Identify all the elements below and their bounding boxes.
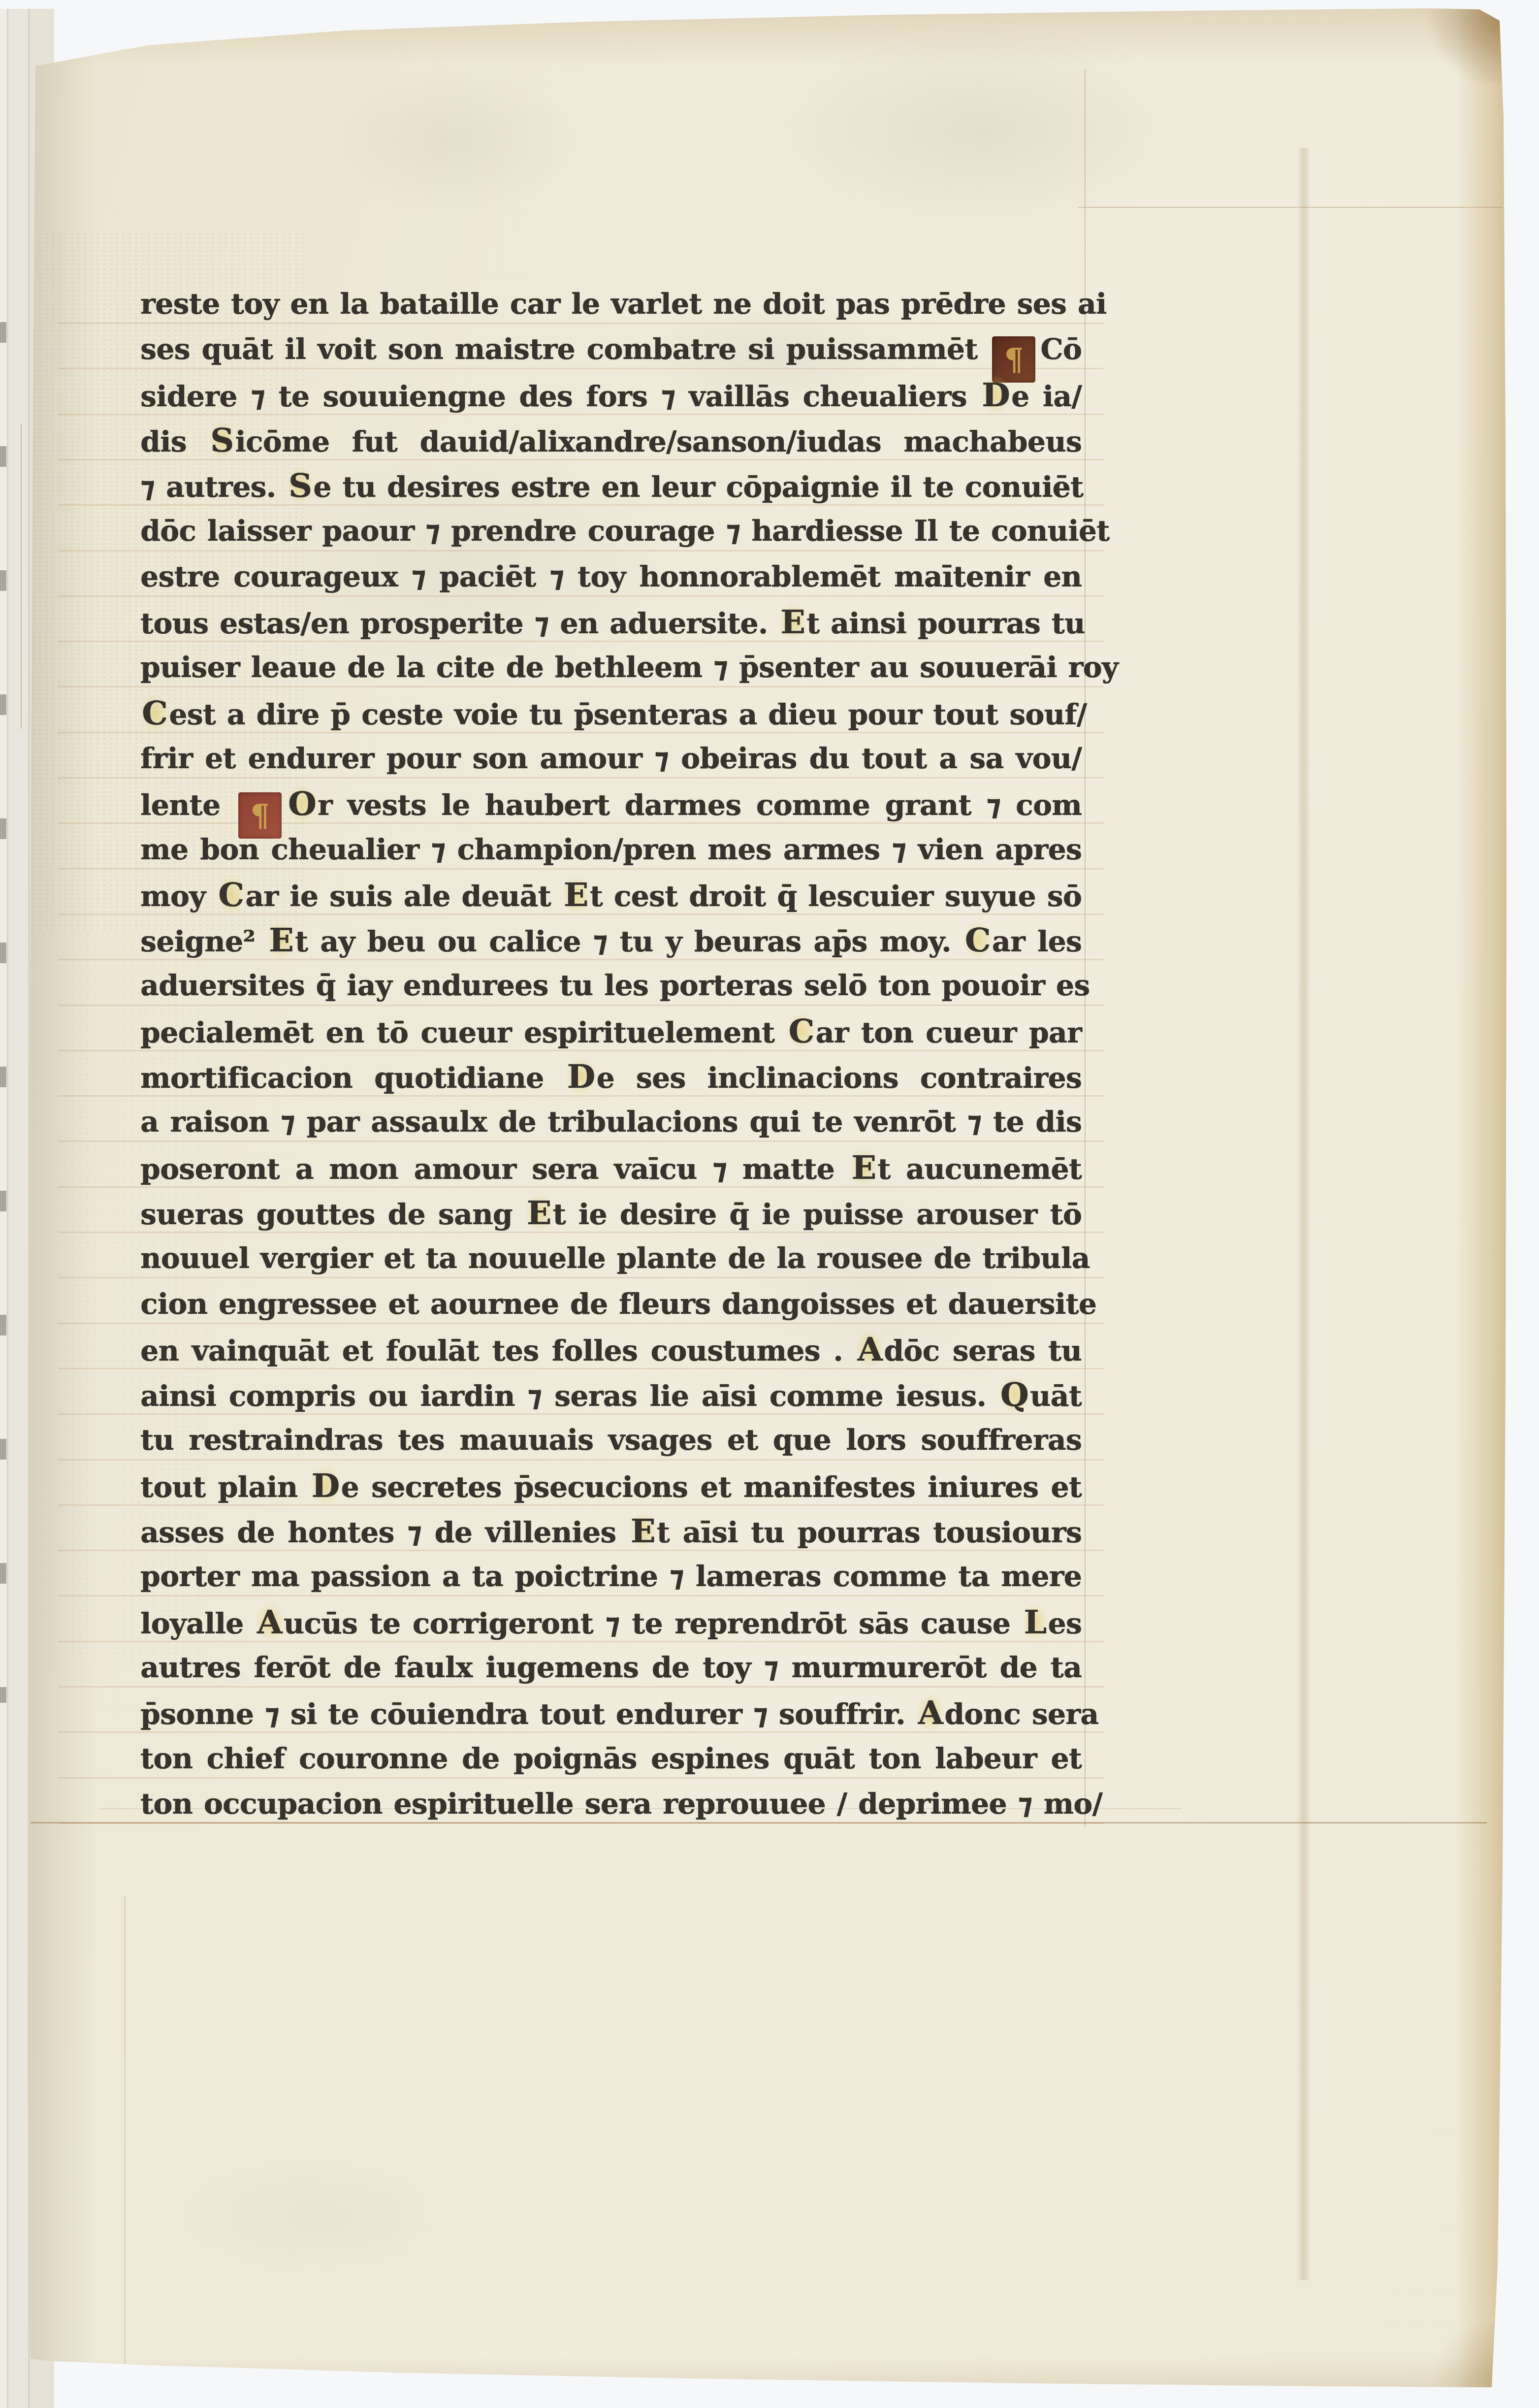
top-frame-rule xyxy=(1078,207,1503,208)
text-line: loyalle Aucūs te corrigeront ⁊ te repren… xyxy=(140,1599,1082,1645)
yellow-washed-capital: E xyxy=(629,1512,657,1550)
text-line: dōc laisser paour ⁊ prendre courage ⁊ ha… xyxy=(140,508,1082,553)
yellow-washed-capital: O xyxy=(287,784,318,823)
stain xyxy=(320,64,576,217)
yellow-washed-capital: A xyxy=(916,1693,944,1732)
book-page: reste toy en la bataille car le varlet n… xyxy=(0,0,1539,2408)
vertical-crease xyxy=(124,1896,126,2364)
text-line: a raison ⁊ par assaulx de tribulacions q… xyxy=(140,1099,1082,1144)
text-line: ses quāt il voit son maistre combatre si… xyxy=(140,326,1082,372)
yellow-washed-capital: D xyxy=(310,1466,341,1505)
stain xyxy=(148,2137,502,2295)
yellow-washed-capital: C xyxy=(963,921,992,959)
text-line: sueras gouttes de sang Et ie desire q̄ i… xyxy=(140,1190,1082,1236)
text-line: sidere ⁊ te souuiengne des fors ⁊ vaillā… xyxy=(140,372,1082,418)
text-line: moy Car ie suis ale deuāt Et cest droit … xyxy=(140,872,1082,917)
text-line: lente ¶Or vests le haubert darmes comme … xyxy=(140,781,1082,826)
yellow-washed-capital: L xyxy=(1022,1603,1048,1641)
yellow-washed-capital: S xyxy=(287,466,313,505)
yellow-washed-capital: D xyxy=(980,376,1011,414)
text-line: poseront a mon amour sera vaīcu ⁊ matte … xyxy=(140,1145,1082,1190)
yellow-washed-capital: E xyxy=(267,921,295,959)
text-line: puiser leaue de la cite de bethleem ⁊ p̄… xyxy=(140,645,1082,690)
text-line: ton occupacion espirituelle sera reprouu… xyxy=(140,1781,1082,1826)
text-line: aduersites q̄ iay endurees tu les porter… xyxy=(140,963,1082,1008)
text-line: tous estas/en prosperite ⁊ en aduersite.… xyxy=(140,599,1082,645)
yellow-washed-capital: Q xyxy=(999,1375,1030,1414)
gothic-text-block: reste toy en la bataille car le varlet n… xyxy=(140,281,1082,1826)
yellow-washed-capital: C xyxy=(140,694,169,732)
leaf-edge-hairline xyxy=(21,423,22,729)
yellow-washed-capital: S xyxy=(209,421,235,459)
text-line: asses de hontes ⁊ de villenies Et aīsi t… xyxy=(140,1508,1082,1554)
text-line: ainsi compris ou iardin ⁊ seras lie aīsi… xyxy=(140,1372,1082,1417)
text-line: mortificacion quotidiane De ses inclinac… xyxy=(140,1054,1082,1099)
text-line: reste toy en la bataille car le varlet n… xyxy=(140,281,1082,326)
text-line: cion engressee et aournee de fleurs dang… xyxy=(140,1281,1082,1327)
text-line: me bon cheualier ⁊ champion/pren mes arm… xyxy=(140,827,1082,872)
text-line: tu restraindras tes mauuais vsages et qu… xyxy=(140,1417,1082,1463)
text-line: tout plain De secretes p̄secucions et ma… xyxy=(140,1463,1082,1508)
yellow-washed-capital: C xyxy=(787,1012,815,1050)
text-line: estre courageux ⁊ paciēt ⁊ toy honnorabl… xyxy=(140,554,1082,599)
yellow-washed-capital: A xyxy=(856,1330,884,1368)
yellow-washed-capital: A xyxy=(256,1603,284,1641)
scanned-book-photo: reste toy en la bataille car le varlet n… xyxy=(0,0,1539,2408)
text-line: porter ma passion a ta poictrine ⁊ lamer… xyxy=(140,1554,1082,1599)
text-line: ⁊ autres. Se tu desires estre en leur cō… xyxy=(140,463,1082,508)
stain xyxy=(763,25,1206,236)
text-line: nouuel vergier et ta nouuelle plante de … xyxy=(140,1236,1082,1281)
text-line: seigne² Et ay beu ou calice ⁊ tu y beura… xyxy=(140,917,1082,963)
yellow-washed-capital: E xyxy=(525,1194,553,1232)
yellow-washed-capital: D xyxy=(566,1057,597,1096)
yellow-washed-capital: E xyxy=(562,876,590,914)
yellow-washed-capital: C xyxy=(217,876,245,914)
ink-marks-on-leaf-edge xyxy=(0,275,6,1703)
text-line: p̄sonne ⁊ si te cōuiendra tout endurer ⁊… xyxy=(140,1690,1082,1735)
text-line: frir et endurer pour son amour ⁊ obeiras… xyxy=(140,736,1082,781)
text-line: pecialemēt en tō cueur espirituelement C… xyxy=(140,1009,1082,1054)
text-line: ton chief couronne de poignās espines qu… xyxy=(140,1736,1082,1781)
vertical-frame-rule xyxy=(1085,69,1086,1827)
yellow-washed-capital: E xyxy=(779,603,806,641)
yellow-washed-capital: E xyxy=(850,1148,877,1187)
text-line: Cest a dire p̄ ceste voie tu p̄senteras … xyxy=(140,690,1082,736)
vertical-crease xyxy=(1297,148,1311,2280)
text-line: en vainquāt et foulāt tes folles coustum… xyxy=(140,1327,1082,1372)
text-line: dis Sicōme fut dauid/alixandre/sanson/iu… xyxy=(140,418,1082,463)
text-line: autres ferōt de faulx iugemens de toy ⁊ … xyxy=(140,1645,1082,1690)
